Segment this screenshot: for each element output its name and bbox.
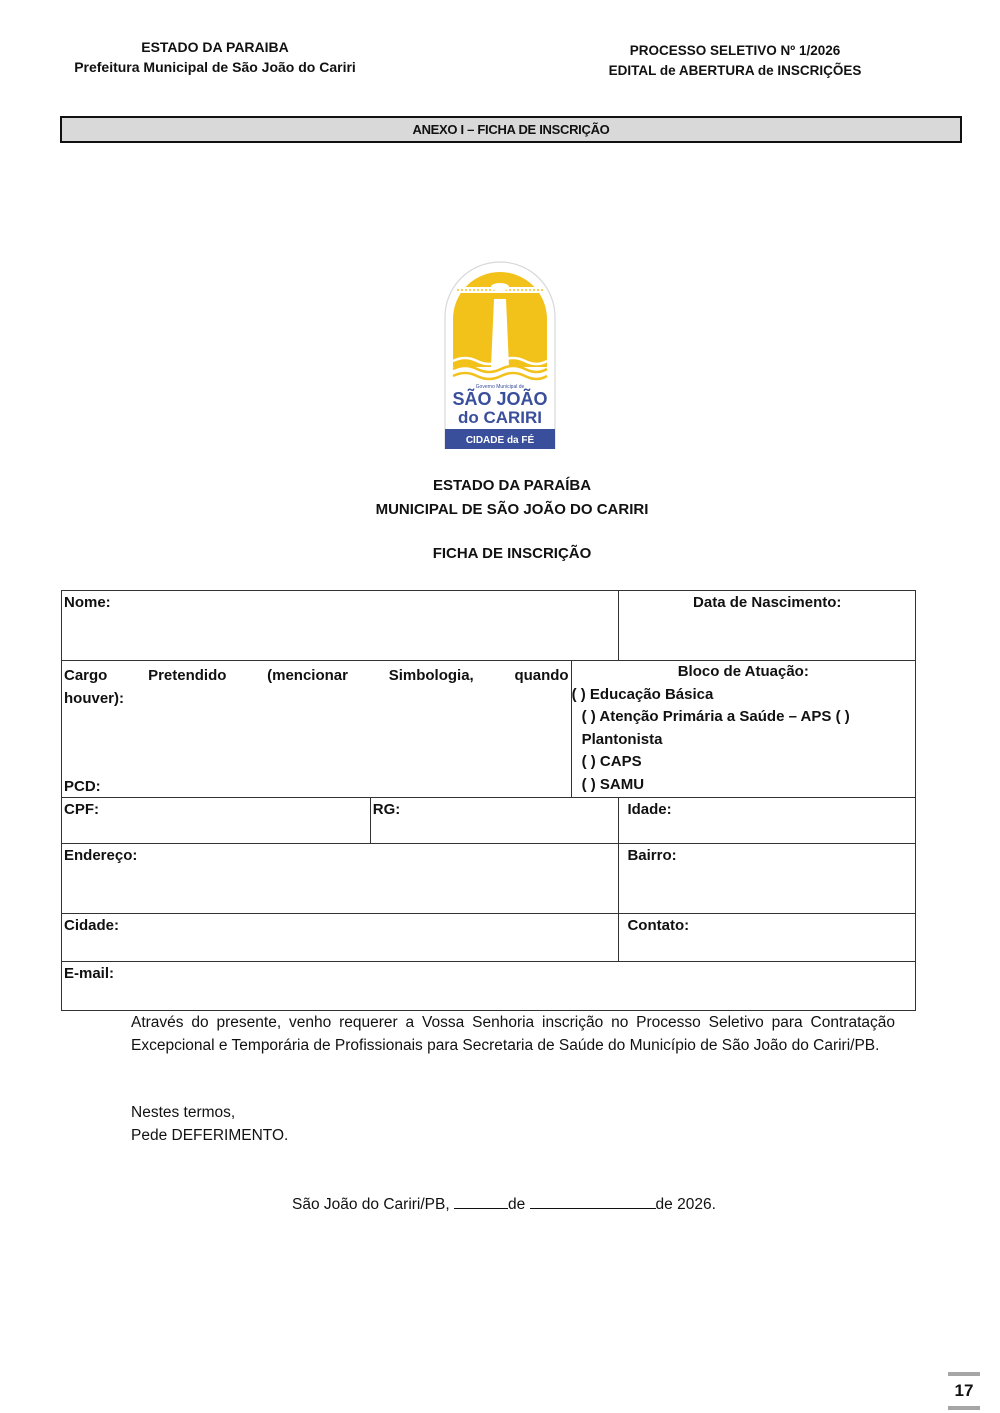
dateline-mid: de: [508, 1196, 530, 1213]
label-cidade: Cidade:: [64, 917, 616, 934]
svg-text:do CARIRI: do CARIRI: [458, 408, 542, 427]
form-title: FICHA DE INSCRIÇÃO: [300, 543, 724, 565]
registration-form-table: Nome: Data de Nascimento: Cargo Pretendi…: [61, 590, 916, 1011]
page-number-value: 17: [946, 1376, 982, 1406]
option-samu[interactable]: ( ) SAMU: [572, 774, 915, 797]
title-municipality: MUNICIPAL DE SÃO JOÃO DO CARIRI: [300, 498, 724, 522]
header-prefecture: Prefeitura Municipal de São João do Cari…: [60, 57, 370, 77]
option-plantonista[interactable]: Plantonista: [572, 729, 915, 752]
request-paragraph: Através do presente, venho requerer a Vo…: [131, 1012, 895, 1057]
header-state: ESTADO DA PARAIBA: [60, 37, 370, 57]
label-endereco: Endereço:: [64, 847, 616, 864]
option-aps[interactable]: ( ) Atenção Primária a Saúde – APS ( ): [572, 706, 915, 729]
svg-text:CIDADE da FÉ: CIDADE da FÉ: [466, 433, 535, 446]
label-email: E-mail:: [64, 965, 913, 982]
field-cpf[interactable]: CPF:: [62, 798, 371, 844]
field-contato[interactable]: Contato:: [619, 914, 916, 962]
field-bairro[interactable]: Bairro:: [619, 844, 916, 914]
page-number: 17: [946, 1372, 982, 1410]
header-edital: EDITAL de ABERTURA de INSCRIÇÕES: [590, 61, 880, 81]
option-educacao-basica[interactable]: ( ) Educação Básica: [572, 684, 915, 707]
dateline: São João do Cariri/PB, de de 2026.: [292, 1192, 716, 1216]
option-caps[interactable]: ( ) CAPS: [572, 751, 915, 774]
header-left: ESTADO DA PARAIBA Prefeitura Municipal d…: [60, 37, 370, 77]
field-idade[interactable]: Idade:: [619, 798, 916, 844]
month-blank[interactable]: [530, 1192, 656, 1209]
dateline-prefix: São João do Cariri/PB,: [292, 1196, 454, 1213]
field-email[interactable]: E-mail:: [62, 962, 916, 1011]
label-pcd: PCD:: [64, 778, 101, 795]
annex-title: ANEXO I – FICHA DE INSCRIÇÃO: [60, 116, 962, 143]
field-endereco[interactable]: Endereço:: [62, 844, 619, 914]
label-data-nascimento: Data de Nascimento:: [621, 594, 913, 611]
label-cpf: CPF:: [64, 801, 368, 818]
field-bloco-atuacao: Bloco de Atuação: ( ) Educação Básica ( …: [571, 661, 915, 798]
label-idade: Idade:: [627, 801, 913, 818]
dateline-suffix: de 2026.: [656, 1196, 716, 1213]
label-bloco: Bloco de Atuação:: [572, 661, 915, 684]
svg-text:SÃO JOÃO: SÃO JOÃO: [452, 388, 547, 409]
field-cidade[interactable]: Cidade:: [62, 914, 619, 962]
field-nome[interactable]: Nome:: [62, 591, 619, 661]
field-data-nascimento[interactable]: Data de Nascimento:: [619, 591, 916, 661]
field-cargo[interactable]: Cargo Pretendido (mencionar Simbologia, …: [62, 661, 572, 798]
label-cargo: Cargo Pretendido (mencionar Simbologia, …: [64, 664, 569, 710]
field-rg[interactable]: RG:: [370, 798, 619, 844]
label-rg: RG:: [373, 801, 617, 818]
label-contato: Contato:: [627, 917, 913, 934]
header-process: PROCESSO SELETIVO Nº 1/2026: [590, 41, 880, 61]
page-number-bottom-rule: [948, 1406, 980, 1410]
header-right: PROCESSO SELETIVO Nº 1/2026 EDITAL de AB…: [590, 41, 880, 81]
title-state: ESTADO DA PARAÍBA: [300, 474, 724, 498]
closing-line2: Pede DEFERIMENTO.: [131, 1125, 288, 1148]
closing: Nestes termos, Pede DEFERIMENTO.: [131, 1102, 288, 1147]
municipal-logo: Governo Municipal de SÃO JOÃO do CARIRI …: [443, 257, 557, 449]
day-blank[interactable]: [454, 1192, 508, 1209]
label-bairro: Bairro:: [627, 847, 913, 864]
title-block: ESTADO DA PARAÍBA MUNICIPAL DE SÃO JOÃO …: [300, 474, 724, 522]
closing-line1: Nestes termos,: [131, 1102, 288, 1125]
label-nome: Nome:: [64, 594, 616, 611]
